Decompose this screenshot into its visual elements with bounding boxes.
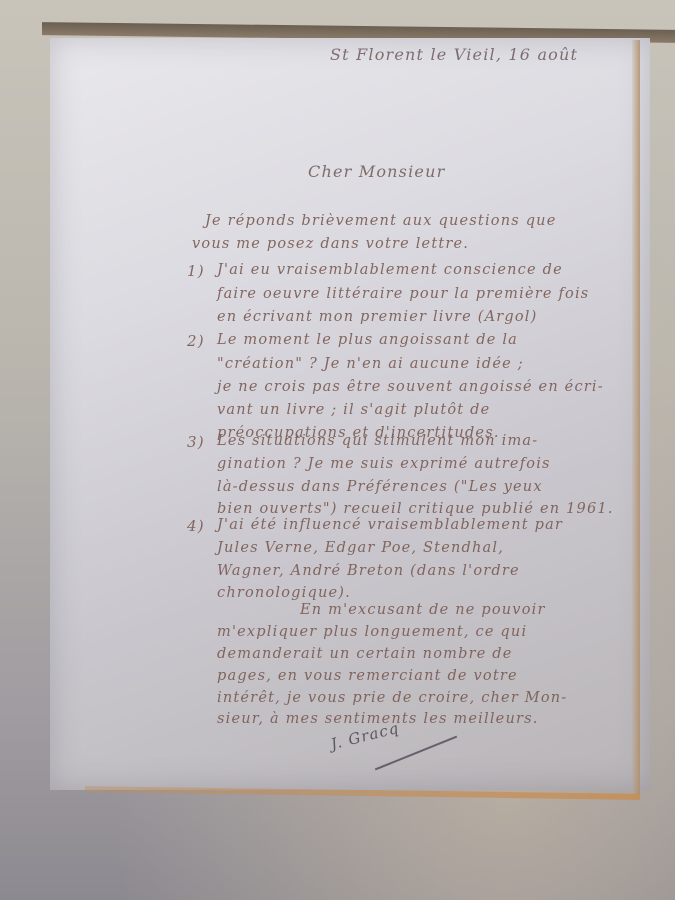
- answer-line: bien ouverts") recueil critique publié e…: [217, 501, 614, 517]
- paper-right-edge: [632, 40, 640, 795]
- answer-line: vant un livre ; il s'agit plutôt de: [217, 402, 490, 418]
- answer-line: Le moment le plus angoissant de la: [217, 332, 518, 348]
- intro-line: Je réponds brièvement aux questions que: [205, 213, 557, 229]
- closing-line: pages, en vous remerciant de votre: [217, 668, 518, 684]
- answer-line: J'ai été influencé vraisemblablement par: [217, 517, 563, 533]
- intro-line: vous me posez dans votre lettre.: [192, 236, 469, 252]
- answer-line: Wagner, André Breton (dans l'ordre: [217, 563, 520, 579]
- answer-line: gination ? Je me suis exprimé autrefois: [217, 456, 551, 472]
- answer-line: "création" ? Je n'en ai aucune idée ;: [217, 356, 524, 372]
- answer-number: 3): [187, 433, 205, 451]
- answer-line: je ne crois pas être souvent angoissé en…: [217, 379, 604, 395]
- answer-number: 2): [187, 332, 205, 350]
- closing-line: En m'excusant de ne pouvoir: [300, 602, 546, 618]
- answer-number: 1): [187, 262, 205, 280]
- closing-line: demanderait un certain nombre de: [217, 646, 513, 662]
- closing-line: m'expliquer plus longuement, ce qui: [217, 624, 527, 640]
- answer-line: chronologique).: [217, 585, 351, 601]
- answer-line: Jules Verne, Edgar Poe, Stendhal,: [217, 540, 504, 556]
- place-date: St Florent le Vieil, 16 août: [330, 45, 578, 64]
- answer-line: en écrivant mon premier livre (Argol): [217, 309, 538, 325]
- salutation: Cher Monsieur: [308, 162, 445, 181]
- answer-line: J'ai eu vraisemblablement conscience de: [217, 262, 563, 278]
- answer-line: là-dessus dans Préférences ("Les yeux: [217, 479, 543, 495]
- answer-line: faire oeuvre littéraire pour la première…: [217, 286, 589, 302]
- closing-line: intérêt, je vous prie de croire, cher Mo…: [217, 690, 567, 706]
- answer-number: 4): [187, 517, 205, 535]
- answer-line: Les situations qui stimulent mon ima-: [217, 433, 538, 449]
